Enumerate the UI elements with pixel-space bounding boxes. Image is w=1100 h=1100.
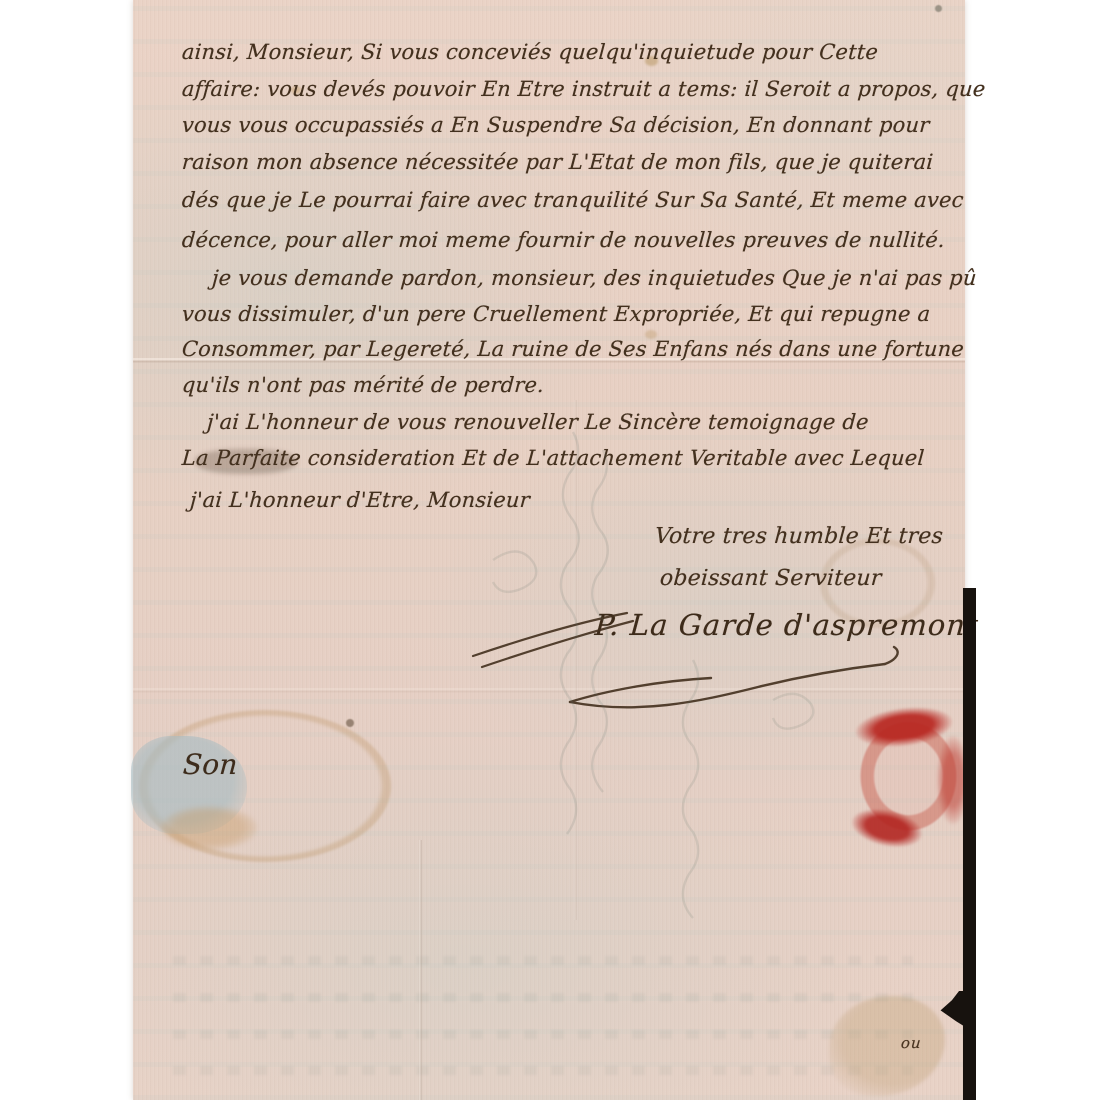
letter-line: qu'ils n'ont pas mérité de perdre.: [181, 373, 545, 397]
bleed-through-row: [173, 956, 913, 965]
vertical-crease: [419, 840, 422, 1100]
ink-spot: [935, 5, 942, 12]
letter-line: dés que je Le pourrai faire avec tranqui…: [181, 188, 964, 212]
horizontal-fold-crease: [133, 688, 965, 694]
signature: P. La Garde d'aspremont: [594, 608, 980, 642]
bottom-right-stain: [829, 996, 945, 1096]
letter-line: affaire: vous devés pouvoir En Etre inst…: [181, 77, 986, 101]
closing-line: Votre tres humble Et tres: [654, 524, 944, 549]
paper-patch-stain: [161, 806, 257, 850]
letter-line: décence, pour aller moi meme fournir de …: [181, 228, 946, 252]
letter-line: j'ai L'honneur de vous renouveller Le Si…: [206, 410, 869, 434]
bleed-through-row: [173, 1066, 913, 1075]
letter-line: vous vous occupassiés a En Suspendre Sa …: [181, 113, 930, 137]
letter-line: La Parfaite consideration Et de L'attach…: [181, 446, 925, 470]
letter-line: Consommer, par Legereté, La ruine de Ses…: [181, 337, 965, 361]
letter-line: ainsi, Monsieur, Si vous conceviés quelq…: [181, 40, 879, 64]
margin-note-ou: ou: [900, 1034, 922, 1052]
margin-note-son: Son: [182, 748, 239, 781]
letter-line: raison mon absence nécessitée par L'Etat…: [181, 150, 934, 174]
scan-background: ainsi, Monsieur, Si vous conceviés quelq…: [0, 0, 1100, 1100]
ink-spot: [346, 719, 354, 727]
letter-line: j'ai L'honneur d'Etre, Monsieur: [189, 488, 531, 512]
letter-page: ainsi, Monsieur, Si vous conceviés quelq…: [133, 0, 965, 1100]
vertical-crease: [574, 400, 577, 920]
wax-seal: [845, 710, 967, 848]
letter-line: vous dissimuler, d'un pere Cruellement E…: [181, 302, 931, 326]
bleed-through-row: [173, 1030, 913, 1039]
letter-line: je vous demande pardon, monsieur, des in…: [211, 266, 977, 290]
closing-line: obeissant Serviteur: [659, 566, 882, 591]
bleed-through-row: [173, 993, 913, 1002]
